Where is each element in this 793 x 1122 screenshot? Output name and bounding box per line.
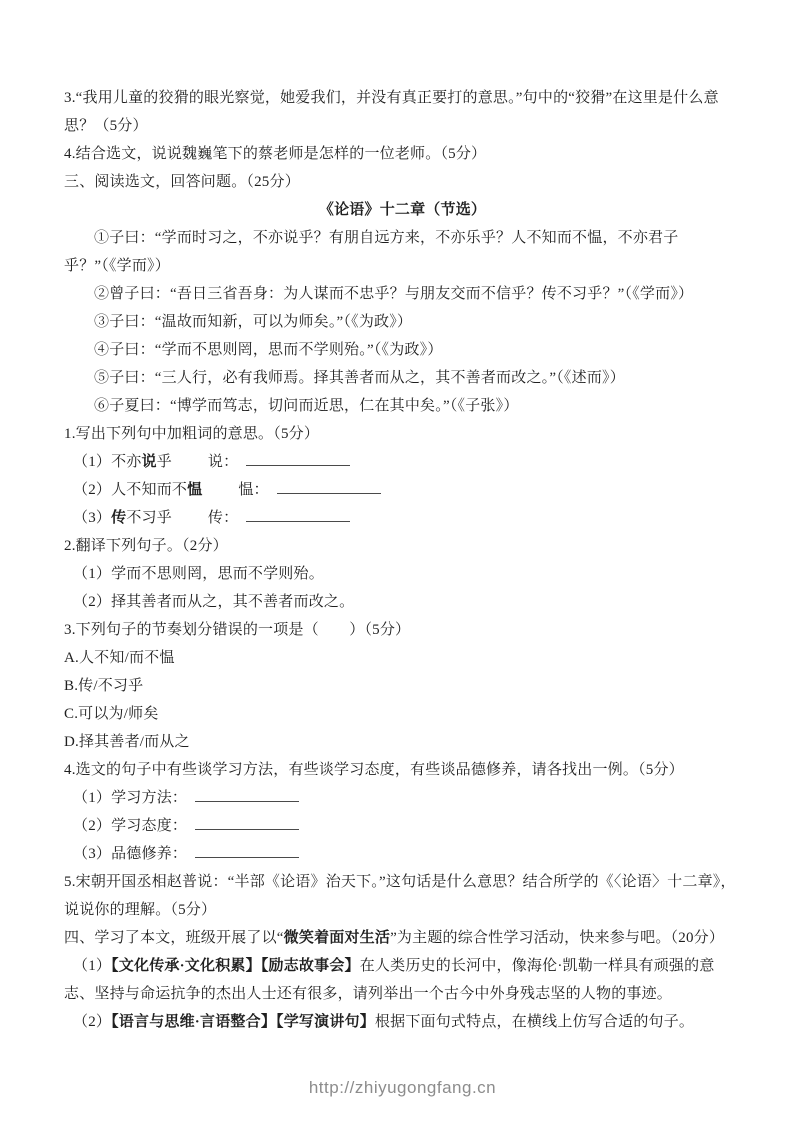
section-4-header-pre: 四、学习了本文，班级开展了以“ [64,930,284,946]
s4-item-2-num: （2） [73,1014,111,1030]
footer-url: http://zhiyugongfang.cn [64,1078,741,1098]
q4-header: 4.选文的句子中有些谈学习方法，有些谈学习态度，有些谈品德修养，请各找出一例。（… [64,756,741,784]
q2-item-2: （2）择其善者而从之，其不善者而改之。 [64,588,741,616]
q4-item-3-label: （3）品德修养： [73,846,187,862]
s4-item-2-text: 根据下面句式特点，在横线上仿写合适的句子。 [375,1014,694,1030]
q3-option-a: A.人不知/而不愠 [64,644,741,672]
passage-line-5: ⑤子曰：“三人行，必有我师焉。择其善者而从之，其不善者而改之。”（《述而》） [64,364,741,392]
q1-item-2-term: 愠： [238,482,268,498]
q2-item-1: （1）学而不思则罔，思而不学则殆。 [64,560,741,588]
section-4-header: 四、学习了本文，班级开展了以“微笑着面对生活”为主题的综合性学习活动，快来参与吧… [64,924,741,952]
answer-blank [195,844,299,858]
q3-header: 3.下列句子的节奏划分错误的一项是（ ）（5分） [64,616,741,644]
answer-blank [246,508,350,522]
section-4-header-theme: 微笑着面对生活 [284,930,390,946]
q1-item-3-term: 传： [208,510,238,526]
q1-item-3-keyword: 传 [111,510,126,526]
q4-item-2: （2）学习态度： [64,812,741,840]
passage-title: 《论语》十二章（节选） [64,196,741,224]
q4-item-1-label: （1）学习方法： [73,790,187,806]
q1-item-3: （3）传不习乎传： [64,504,741,532]
answer-blank [277,480,381,494]
section-3-header: 三、阅读选文，回答问题。（25分） [64,168,741,196]
answer-blank [195,816,299,830]
passage-line-3: ③子曰：“温故而知新，可以为师矣。”（《为政》） [64,308,741,336]
q4-item-2-label: （2）学习态度： [73,818,187,834]
q5-text: 5.宋朝开国丞相赵普说：“半部《论语》治天下。”这句话是什么意思？结合所学的《〈… [64,868,741,924]
answer-blank [195,788,299,802]
q1-item-1-keyword: 说 [142,454,157,470]
q1-item-1-phrase-end: 乎 [157,454,172,470]
passage-line-6: ⑥子夏曰：“博学而笃志，切问而近思，仁在其中矣。”（《子张》） [64,392,741,420]
q1-item-2: （2）人不知而不愠愠： [64,476,741,504]
section-4-header-post: ”为主题的综合性学习活动，快来参与吧。（20分） [390,930,724,946]
s4-item-1-num: （1） [73,958,111,974]
q3-option-b: B.传/不习乎 [64,672,741,700]
passage-line-2: ②曾子曰：“吾日三省吾身：为人谋而不忠乎？与朋友交而不信乎？传不习乎？”（《学而… [64,280,741,308]
q1-header: 1.写出下列句中加粗词的意思。（5分） [64,420,741,448]
q4-item-1: （1）学习方法： [64,784,741,812]
answer-blank [246,452,350,466]
passage-line-1: ①子曰：“学而时习之，不亦说乎？有朋自远方来，不亦乐乎？人不知而不愠，不亦君子乎… [64,224,741,280]
q1-item-1-term: 说： [208,454,238,470]
s4-item-1: （1）【文化传承·文化积累】【励志故事会】在人类历史的长河中，像海伦·凯勒一样具… [64,952,741,1008]
s4-item-1-tags: 【文化传承·文化积累】【励志故事会】 [111,958,360,974]
passage-line-4: ④子曰：“学而不思则罔，思而不学则殆。”（《为政》） [64,336,741,364]
q2-header: 2.翻译下列句子。（2分） [64,532,741,560]
q1-item-1-phrase: （1）不亦 [73,454,142,470]
q1-item-3-phrase-end: 不习乎 [126,510,172,526]
s4-item-2: （2）【语言与思维·言语整合】【学写演讲句】根据下面句式特点，在横线上仿写合适的… [64,1008,741,1036]
s4-item-2-tags: 【语言与思维·言语整合】【学写演讲句】 [111,1014,375,1030]
exam-page: 3.“我用儿童的狡猾的眼光察觉，她爱我们，并没有真正要打的意思。”句中的“狡猾”… [0,0,793,1098]
prev-question-3: 3.“我用儿童的狡猾的眼光察觉，她爱我们，并没有真正要打的意思。”句中的“狡猾”… [64,84,741,140]
q1-item-2-phrase: （2）人不知而不 [73,482,187,498]
q3-option-c: C.可以为/师矣 [64,700,741,728]
q3-option-d: D.择其善者/而从之 [64,728,741,756]
q1-item-1: （1）不亦说乎说： [64,448,741,476]
q4-item-3: （3）品德修养： [64,840,741,868]
q1-item-2-keyword: 愠 [187,482,202,498]
prev-question-4: 4.结合选文，说说魏巍笔下的蔡老师是怎样的一位老师。（5分） [64,140,741,168]
q1-item-3-phrase: （3） [73,510,111,526]
